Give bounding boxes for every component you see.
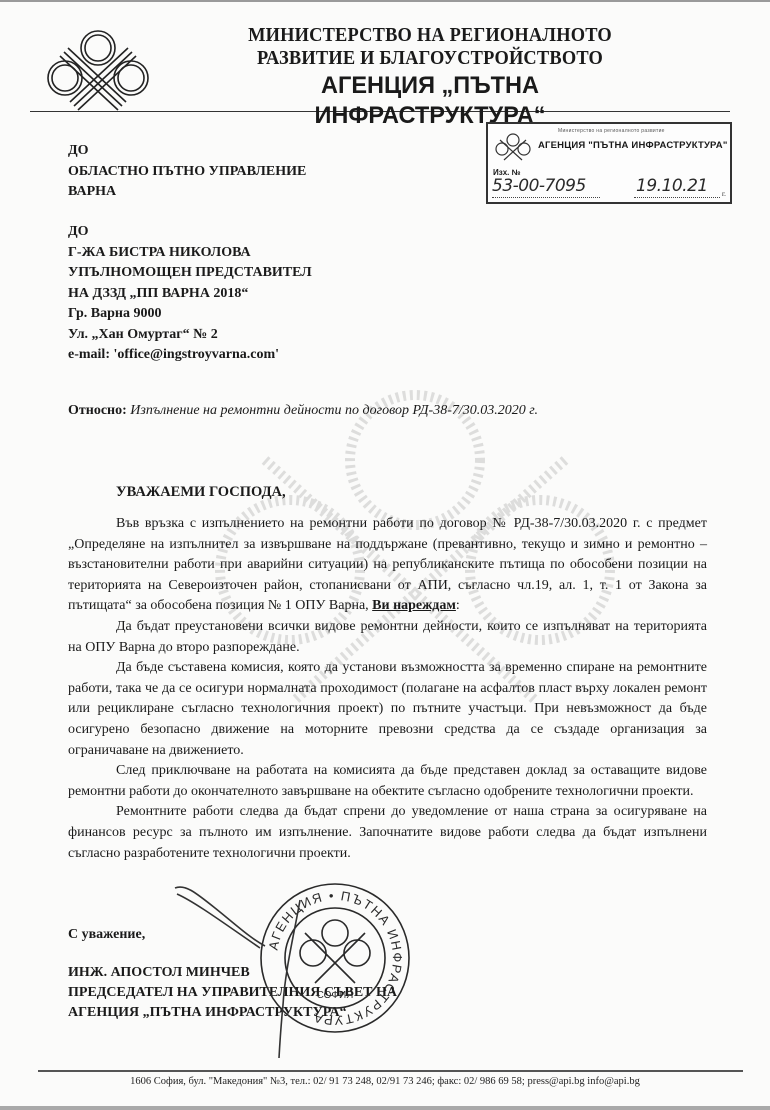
stamp-small-text: Министерство на регионалното развитие: [558, 128, 665, 134]
date-underline: [634, 197, 720, 198]
letter-body: Във връзка с изпълнението на ремонтни ра…: [68, 514, 707, 864]
outgoing-date: 19.10.21: [636, 176, 708, 196]
addressee-city: ВАРНА: [68, 182, 306, 203]
outgoing-number: 53-00-7095: [492, 176, 586, 196]
number-underline: [492, 197, 600, 198]
stamp-logo-icon: [492, 130, 534, 162]
addressee-1: ДО ОБЛАСТНО ПЪТНО УПРАВЛЕНИЕ ВАРНА: [68, 141, 306, 203]
instruction-emphasis: Ви нареждам: [372, 598, 456, 613]
paragraph-2: Да бъдат преустановени всички видове рем…: [68, 617, 707, 658]
addressee-title: УПЪЛНОМОЩЕН ПРЕДСТАВИТЕЛ: [68, 263, 312, 284]
agency-logo-icon: [38, 20, 158, 115]
subject-text: Изпълнение на ремонтни дейности по догов…: [130, 403, 538, 418]
addressee-org: ОБЛАСТНО ПЪТНО УПРАВЛЕНИЕ: [68, 162, 306, 183]
registry-stamp: Министерство на регионалното развитие АГ…: [486, 122, 732, 204]
stamp-agency: АГЕНЦИЯ "ПЪТНА ИНФРАСТРУКТУРА": [538, 140, 728, 151]
addressee-city: Гр. Варна 9000: [68, 304, 312, 325]
subject-line: Относно: Изпълнение на ремонтни дейности…: [68, 403, 538, 419]
addressee-name: Г-ЖА БИСТРА НИКОЛОВА: [68, 243, 312, 264]
footer-divider: [38, 1070, 743, 1072]
subject-label: Относно:: [68, 403, 127, 418]
footer-contact: 1606 София, бул. "Македония" №3, тел.: 0…: [0, 1076, 770, 1087]
closing: С уважение,: [68, 927, 145, 943]
page-edge-top: [0, 0, 770, 2]
paragraph-3: Да бъде съставена комисия, която да уста…: [68, 658, 707, 761]
addressee-street: Ул. „Хан Омуртаг“ № 2: [68, 325, 312, 346]
year-suffix: г.: [722, 190, 726, 198]
ministry-line-2: РАЗВИТИЕ И БЛАГОУСТРОЙСТВОТО: [218, 47, 641, 70]
signature: [155, 880, 395, 1060]
greeting: УВАЖАЕМИ ГОСПОДА,: [116, 484, 286, 501]
addressee-2: ДО Г-ЖА БИСТРА НИКОЛОВА УПЪЛНОМОЩЕН ПРЕД…: [68, 222, 312, 366]
paragraph-1-end: :: [456, 598, 460, 613]
paragraph-1: Във връзка с изпълнението на ремонтни ра…: [68, 514, 707, 617]
to-label: ДО: [68, 222, 312, 243]
paragraph-5: Ремонтните работи следва да бъдат спрени…: [68, 802, 707, 864]
ministry-line-1: МИНИСТЕРСТВО НА РЕГИОНАЛНОТО: [218, 24, 641, 47]
paragraph-4: След приключване на работата на комисият…: [68, 761, 707, 802]
to-label: ДО: [68, 141, 306, 162]
addressee-org: НА ДЗЗД „ПП ВАРНА 2018“: [68, 284, 312, 305]
letterhead: МИНИСТЕРСТВО НА РЕГИОНАЛНОТО РАЗВИТИЕ И …: [200, 24, 660, 131]
page-edge-bottom: [0, 1106, 770, 1110]
addressee-email: e-mail: 'office@ingstroyvarna.com': [68, 345, 312, 366]
